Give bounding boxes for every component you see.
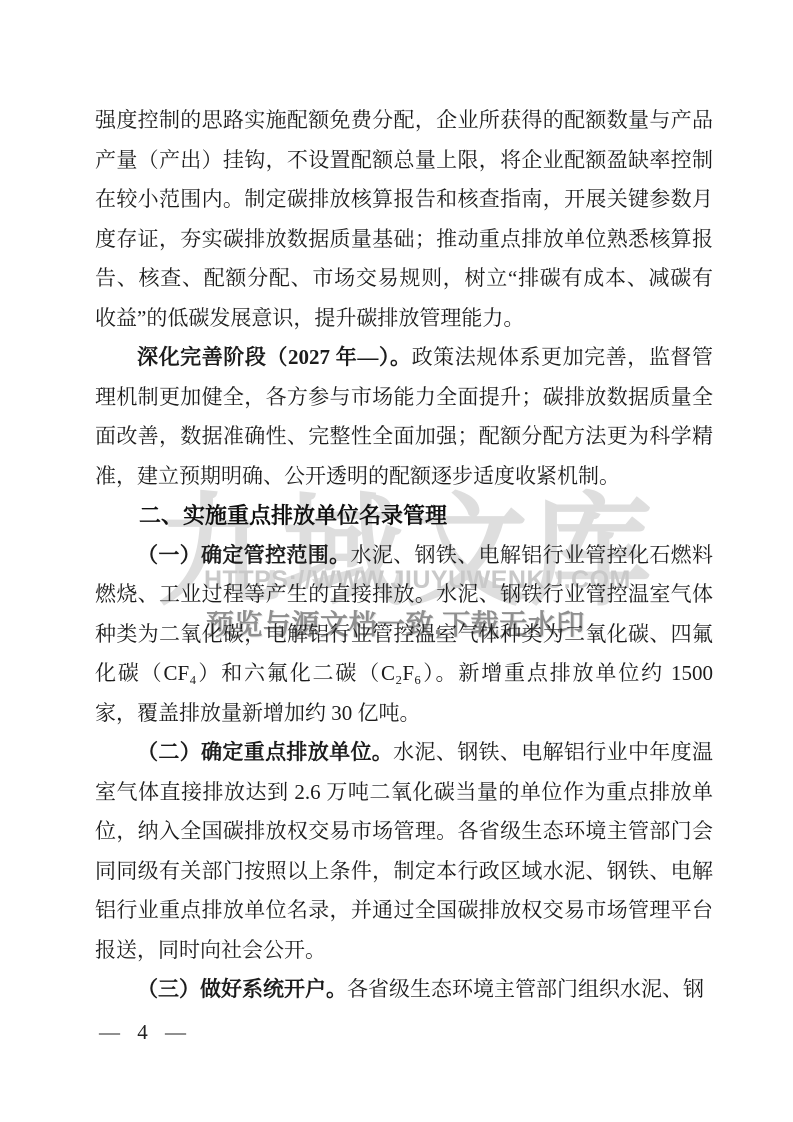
- paragraph-text: 水泥、钢铁、电解铝行业管控化石燃料燃烧、工业过程等产生的直接排放。水泥、钢铁行业…: [95, 543, 713, 725]
- section-heading: 二、实施重点排放单位名录管理: [95, 496, 713, 536]
- paragraph-text: 强度控制的思路实施配额免费分配，企业所获得的配额数量与产品产量（产出）挂钩，不设…: [95, 108, 713, 330]
- paragraph-control-scope: （一）确定管控范围。水泥、钢铁、电解铝行业管控化石燃料燃烧、工业过程等产生的直接…: [95, 536, 713, 734]
- paragraph-lead: （一）确定管控范围。: [137, 543, 350, 567]
- document-page: 九域文库 HTTPS://WWW.JIUYUWENKU.COM 预览与源文档一致…: [0, 0, 793, 1122]
- paragraph-continuation: 强度控制的思路实施配额免费分配，企业所获得的配额数量与产品产量（产出）挂钩，不设…: [95, 101, 713, 338]
- paragraph-key-emitters: （二）确定重点排放单位。水泥、钢铁、电解铝行业中年度温室气体直接排放达到 2.6…: [95, 733, 713, 970]
- paragraph-lead: （二）确定重点排放单位。: [137, 740, 393, 764]
- paragraph-deepening-stage: 深化完善阶段（2027 年—）。政策法规体系更加完善，监督管理机制更加健全，各方…: [95, 338, 713, 496]
- paragraph-text: 水泥、钢铁、电解铝行业中年度温室气体直接排放达到 2.6 万吨二氧化碳当量的单位…: [95, 740, 713, 962]
- document-body: 强度控制的思路实施配额免费分配，企业所获得的配额数量与产品产量（产出）挂钩，不设…: [95, 101, 713, 1010]
- paragraph-account-opening: （三）做好系统开户。各省级生态环境主管部门组织水泥、钢: [95, 970, 713, 1010]
- paragraph-text: 各省级生态环境主管部门组织水泥、钢: [347, 977, 704, 1001]
- page-number: — 4 —: [99, 1020, 192, 1045]
- paragraph-lead: （三）做好系统开户。: [137, 977, 347, 1001]
- paragraph-lead: 深化完善阶段（2027 年—）。: [137, 345, 412, 369]
